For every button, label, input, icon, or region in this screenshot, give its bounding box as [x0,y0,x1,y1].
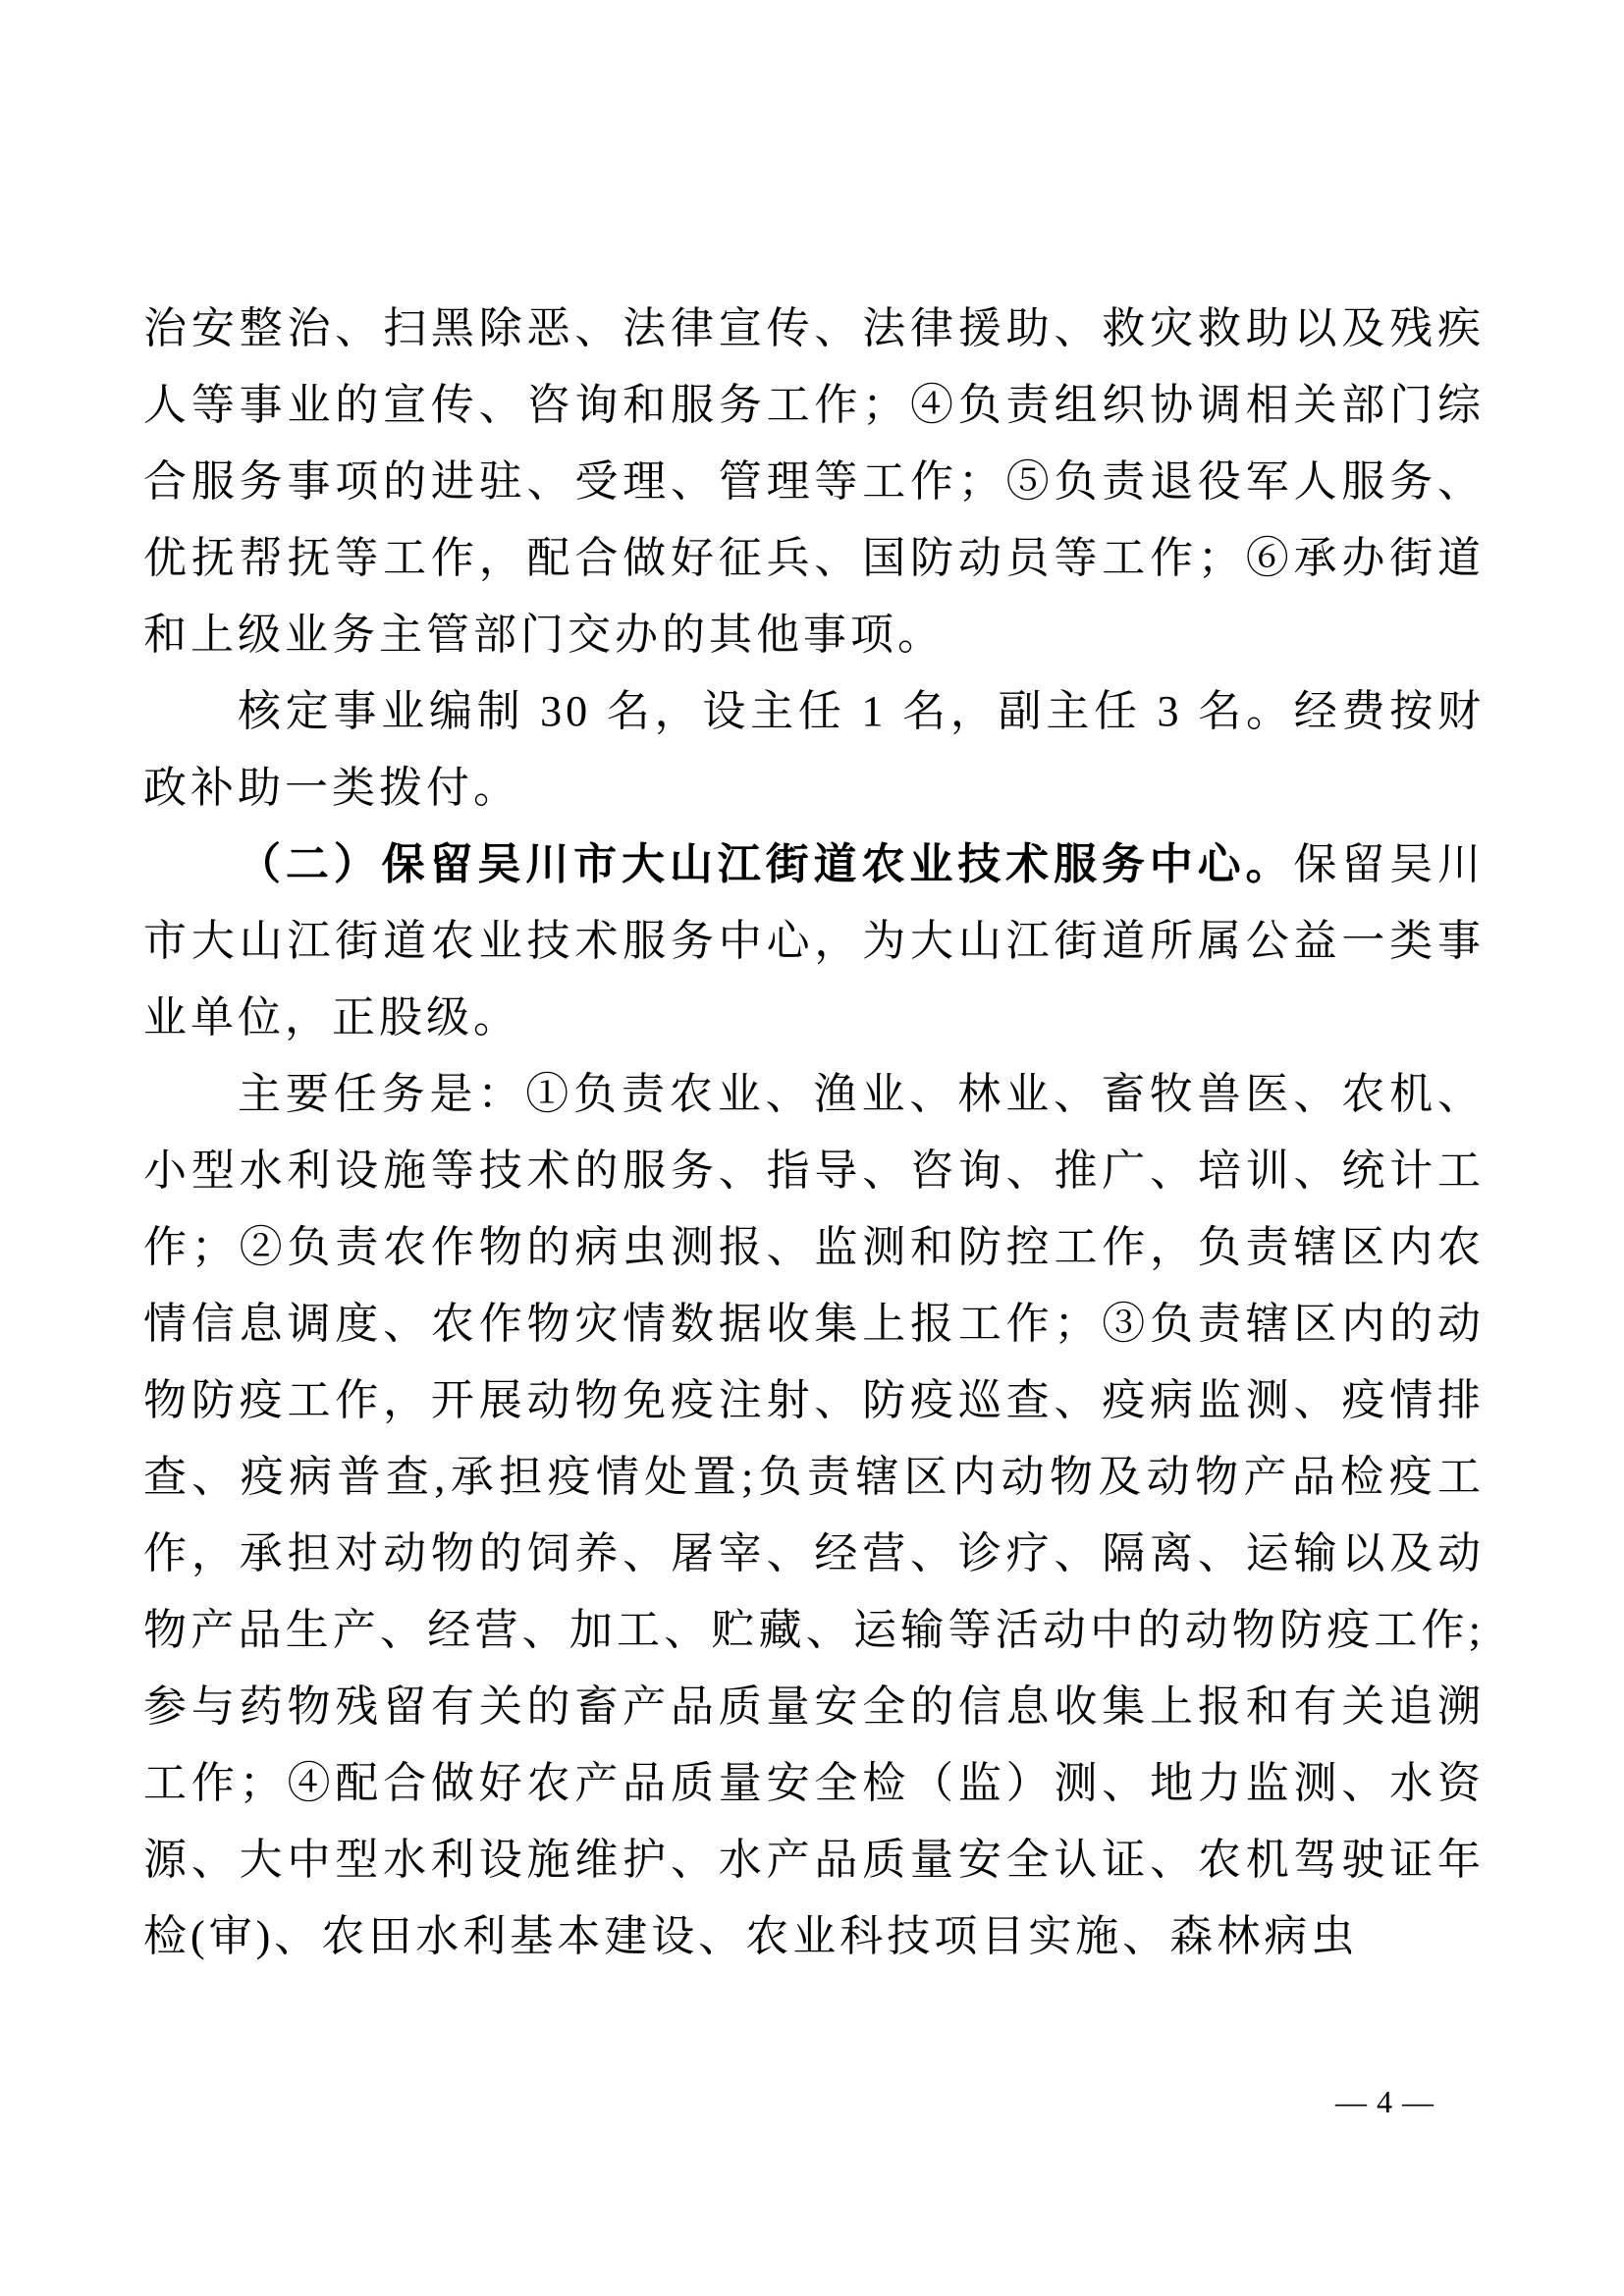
paragraph-main-tasks: 主要任务是：①负责农业、渔业、林业、畜牧兽医、农机、小型水利设施等技术的服务、指… [143,1056,1485,1975]
paragraph-section-two: （二）保留吴川市大山江街道农业技术服务中心。保留吴川市大山江街道农业技术服务中心… [143,827,1485,1056]
section-two-heading: （二）保留吴川市大山江街道农业技术服务中心。 [238,840,1293,888]
paragraph-continuation: 治安整治、扫黑除恶、法律宣传、法律援助、救灾救助以及残疾人等事业的宣传、咨询和服… [143,291,1485,673]
document-page: 治安整治、扫黑除恶、法律宣传、法律援助、救灾救助以及残疾人等事业的宣传、咨询和服… [0,0,1624,2296]
document-body: 治安整治、扫黑除恶、法律宣传、法律援助、救灾救助以及残疾人等事业的宣传、咨询和服… [143,291,1485,1975]
paragraph-staffing: 核定事业编制 30 名，设主任 1 名，副主任 3 名。经费按财政补助一类拨付。 [143,673,1485,827]
page-number: — 4 — [1335,2083,1435,2120]
